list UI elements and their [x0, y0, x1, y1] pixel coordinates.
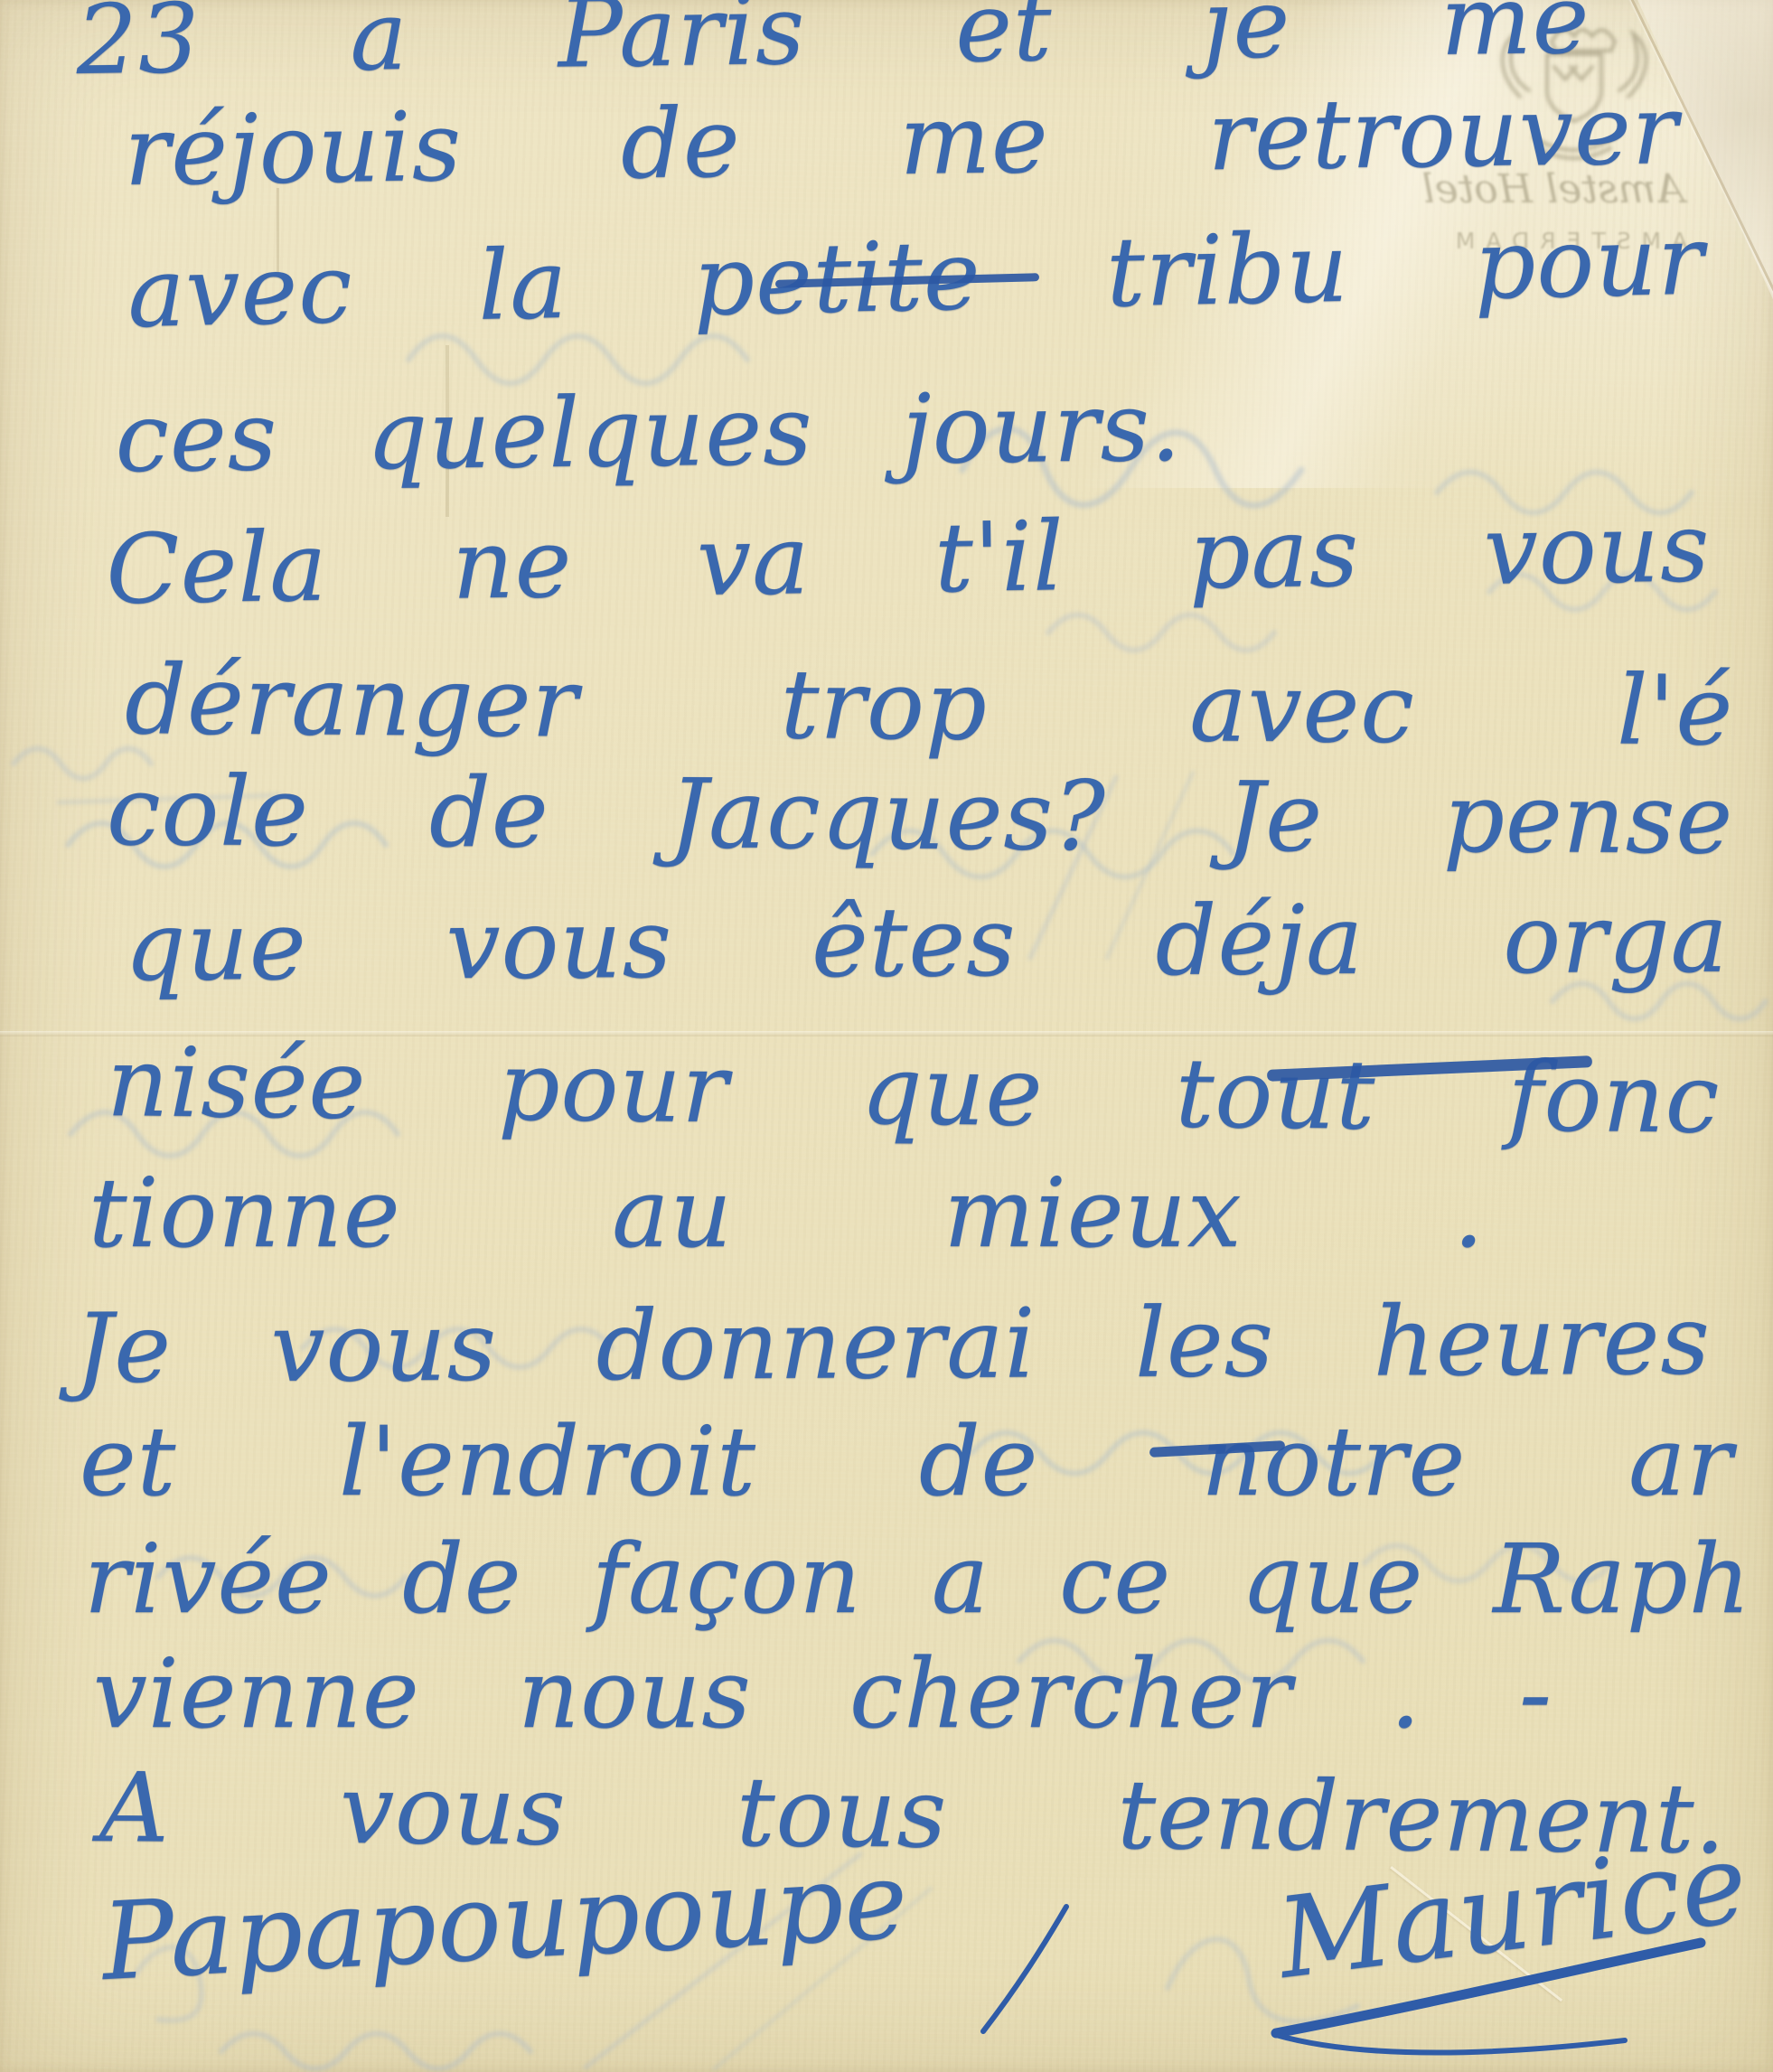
letter-line: rivée de façon a ce que Raph	[84, 1532, 1751, 1627]
letter-line: déranger trop avec l'é	[125, 652, 1734, 759]
letter-line: vienne nous chercher . -	[93, 1646, 1553, 1742]
letter-line: ces quelques jours.	[115, 380, 1182, 486]
letter-line: cole de Jacques? Je pense	[107, 764, 1734, 867]
letter-line: et l'endroit de notre ar	[80, 1414, 1733, 1510]
letter-line: Cela ne va t'il pas vous	[106, 500, 1711, 618]
letter-line: 23 a Paris et je me	[76, 0, 1590, 89]
letter-line: tionne au mieux .	[89, 1166, 1485, 1261]
letter-line: nisée pour que tout fonc	[107, 1035, 1721, 1148]
letter-line: que vous êtes déja orga	[125, 891, 1730, 995]
letter-page: Amstel Hotel AMSTERDAM 23 a Paris et je …	[0, 0, 1773, 2072]
signature-nickname: Papapoupoupe	[99, 1846, 911, 1995]
letter-line: réjouis de me retrouver	[124, 82, 1679, 200]
letter-line: Je vous donnerai les heures	[75, 1293, 1712, 1397]
